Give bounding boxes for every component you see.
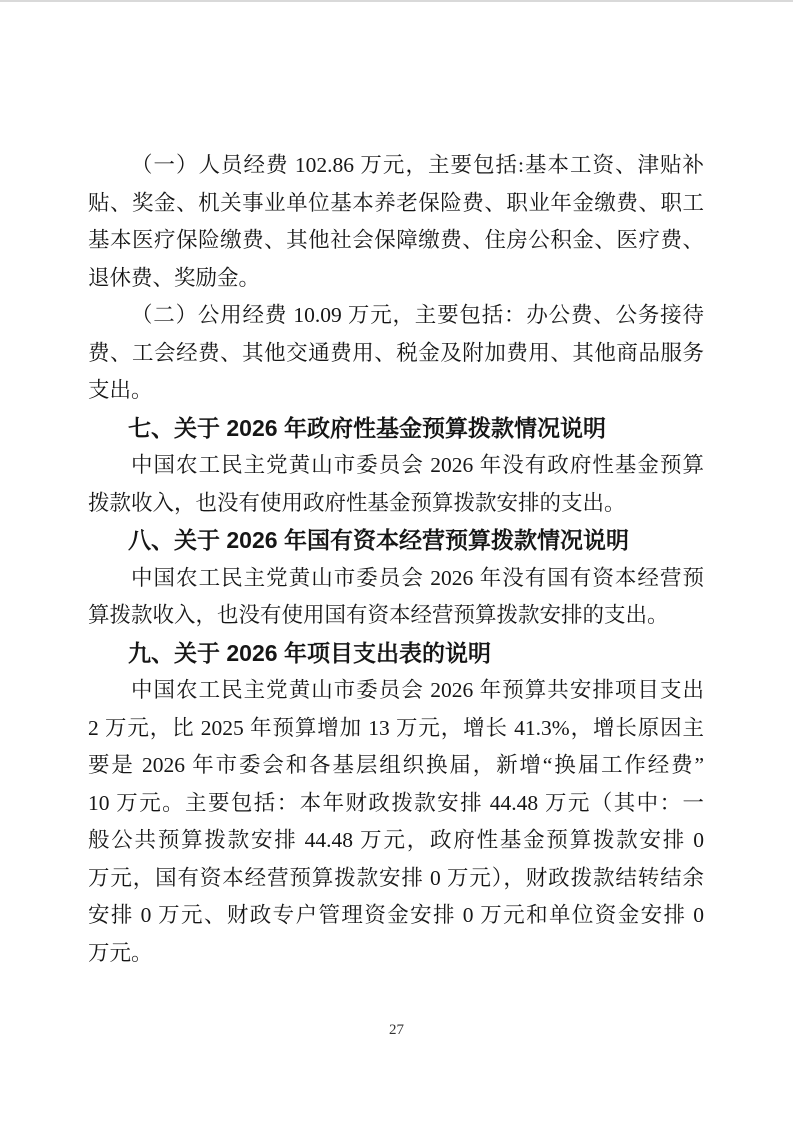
body-line: 拨款收入，也没有使用政府性基金预算拨款安排的支出。 <box>88 485 704 523</box>
document-body: （一）人员经费 102.86 万元，主要包括:基本工资、津贴补 贴、奖金、机关事… <box>88 147 704 972</box>
body-line: 万元，国有资本经营预算拨款安排 0 万元），财政拨款结转结余 <box>88 860 704 898</box>
page-number: 27 <box>0 1018 793 1042</box>
body-line: 退休费、奖励金。 <box>88 260 704 298</box>
body-line: 10 万元。主要包括：本年财政拨款安排 44.48 万元（其中：一 <box>88 785 704 823</box>
page-top-edge <box>0 0 793 2</box>
body-line: 2 万元，比 2025 年预算增加 13 万元，增长 41.3%，增长原因主 <box>88 710 704 748</box>
body-line: 要是 2026 年市委会和各基层组织换届，新增“换届工作经费” <box>88 747 704 785</box>
section-heading-eight: 八、关于 2026 年国有资本经营预算拨款情况说明 <box>88 522 704 560</box>
body-line: 万元。 <box>88 935 704 973</box>
section-heading-nine: 九、关于 2026 年项目支出表的说明 <box>88 635 704 673</box>
body-line: （一）人员经费 102.86 万元，主要包括:基本工资、津贴补 <box>88 147 704 185</box>
section-heading-seven: 七、关于 2026 年政府性基金预算拨款情况说明 <box>88 410 704 448</box>
document-page: { "page": { "background_color": "#ffffff… <box>0 0 793 1122</box>
body-line: 中国农工民主党黄山市委员会 2026 年没有国有资本经营预 <box>88 560 704 598</box>
body-line: 费、工会经费、其他交通费用、税金及附加费用、其他商品服务 <box>88 335 704 373</box>
body-line: 安排 0 万元、财政专户管理资金安排 0 万元和单位资金安排 0 <box>88 897 704 935</box>
body-line: （二）公用经费 10.09 万元，主要包括：办公费、公务接待 <box>88 297 704 335</box>
body-line: 支出。 <box>88 372 704 410</box>
body-line: 中国农工民主党黄山市委员会 2026 年预算共安排项目支出 <box>88 672 704 710</box>
body-line: 贴、奖金、机关事业单位基本养老保险费、职业年金缴费、职工 <box>88 185 704 223</box>
body-line: 基本医疗保险缴费、其他社会保障缴费、住房公积金、医疗费、 <box>88 222 704 260</box>
body-line: 中国农工民主党黄山市委员会 2026 年没有政府性基金预算 <box>88 447 704 485</box>
body-line: 算拨款收入，也没有使用国有资本经营预算拨款安排的支出。 <box>88 597 704 635</box>
body-line: 般公共预算拨款安排 44.48 万元，政府性基金预算拨款安排 0 <box>88 822 704 860</box>
